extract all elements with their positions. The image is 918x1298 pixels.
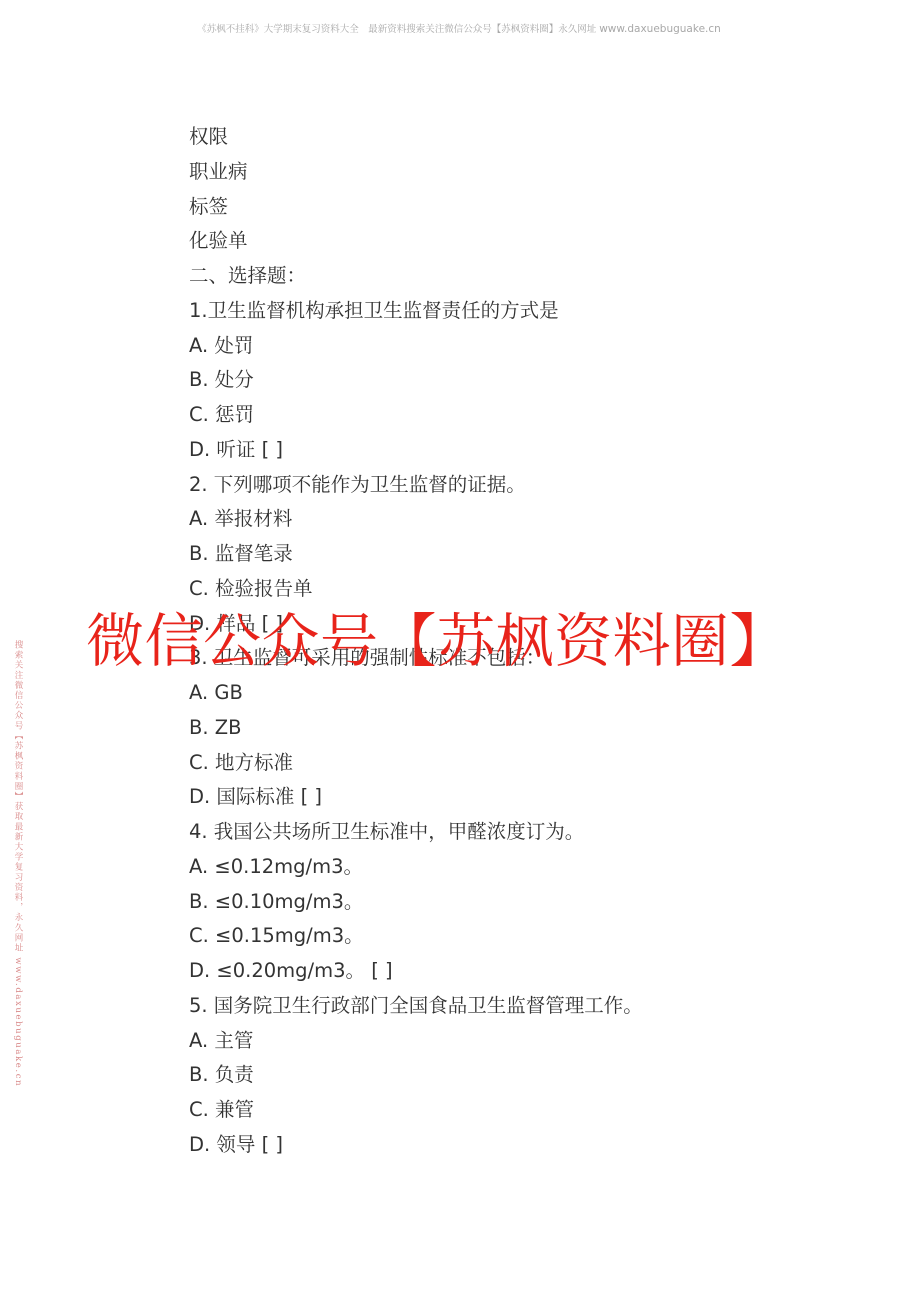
question-2: 2. 下列哪项不能作为卫生监督的证据。 A. 举报材料 B. 监督笔录 C. 检… bbox=[189, 468, 809, 642]
option-c: C. 兼管 bbox=[189, 1093, 809, 1128]
term-item: 职业病 bbox=[189, 155, 809, 190]
option-a: A. 举报材料 bbox=[189, 502, 809, 537]
question-stem: 3. 卫生监督可采用的强制性标准不包括： bbox=[189, 641, 809, 676]
option-b: B. 负责 bbox=[189, 1058, 809, 1093]
option-a: A. 处罚 bbox=[189, 329, 809, 364]
section-title: 二、选择题： bbox=[189, 259, 809, 294]
option-b: B. 处分 bbox=[189, 363, 809, 398]
option-c: C. 地方标准 bbox=[189, 746, 809, 781]
term-item: 权限 bbox=[189, 120, 809, 155]
option-d: D. 听证 [ ] bbox=[189, 433, 809, 468]
page-header: 《苏枫不挂科》大学期末复习资料大全 最新资料搜索关注微信公众号【苏枫资料圈】永久… bbox=[0, 21, 918, 35]
question-3: 3. 卫生监督可采用的强制性标准不包括： A. GB B. ZB C. 地方标准… bbox=[189, 641, 809, 815]
option-b: B. 监督笔录 bbox=[189, 537, 809, 572]
option-d: D. 领导 [ ] bbox=[189, 1128, 809, 1163]
option-b: B. ZB bbox=[189, 711, 809, 746]
question-1: 1.卫生监督机构承担卫生监督责任的方式是 A. 处罚 B. 处分 C. 惩罚 D… bbox=[189, 294, 809, 468]
question-stem: 2. 下列哪项不能作为卫生监督的证据。 bbox=[189, 468, 809, 503]
question-stem: 4. 我国公共场所卫生标准中，甲醛浓度订为。 bbox=[189, 815, 809, 850]
option-a: A. GB bbox=[189, 676, 809, 711]
document-body: 权限 职业病 标签 化验单 二、选择题： 1.卫生监督机构承担卫生监督责任的方式… bbox=[189, 120, 809, 1163]
term-item: 标签 bbox=[189, 190, 809, 225]
question-5: 5. 国务院卫生行政部门全国食品卫生监督管理工作。 A. 主管 B. 负责 C.… bbox=[189, 989, 809, 1163]
header-text: 《苏枫不挂科》大学期末复习资料大全 最新资料搜索关注微信公众号【苏枫资料圈】永久… bbox=[197, 24, 599, 35]
question-stem: 1.卫生监督机构承担卫生监督责任的方式是 bbox=[189, 294, 809, 329]
option-d: D. ≤0.20mg/m3。 [ ] bbox=[189, 954, 809, 989]
term-item: 化验单 bbox=[189, 224, 809, 259]
side-note-vertical: 搜索关注微信公众号【苏枫资料圈】获取最新大学复习资料，永久网址 www.daxu… bbox=[11, 640, 25, 1087]
option-a: A. 主管 bbox=[189, 1024, 809, 1059]
option-d: D. 样品 [ ] bbox=[189, 607, 809, 642]
question-stem: 5. 国务院卫生行政部门全国食品卫生监督管理工作。 bbox=[189, 989, 809, 1024]
option-d: D. 国际标准 [ ] bbox=[189, 780, 809, 815]
option-c: C. 检验报告单 bbox=[189, 572, 809, 607]
option-b: B. ≤0.10mg/m3。 bbox=[189, 885, 809, 920]
option-a: A. ≤0.12mg/m3。 bbox=[189, 850, 809, 885]
question-4: 4. 我国公共场所卫生标准中，甲醛浓度订为。 A. ≤0.12mg/m3。 B.… bbox=[189, 815, 809, 989]
option-c: C. 惩罚 bbox=[189, 398, 809, 433]
option-c: C. ≤0.15mg/m3。 bbox=[189, 919, 809, 954]
header-url: www.daxuebuguake.cn bbox=[599, 23, 721, 35]
